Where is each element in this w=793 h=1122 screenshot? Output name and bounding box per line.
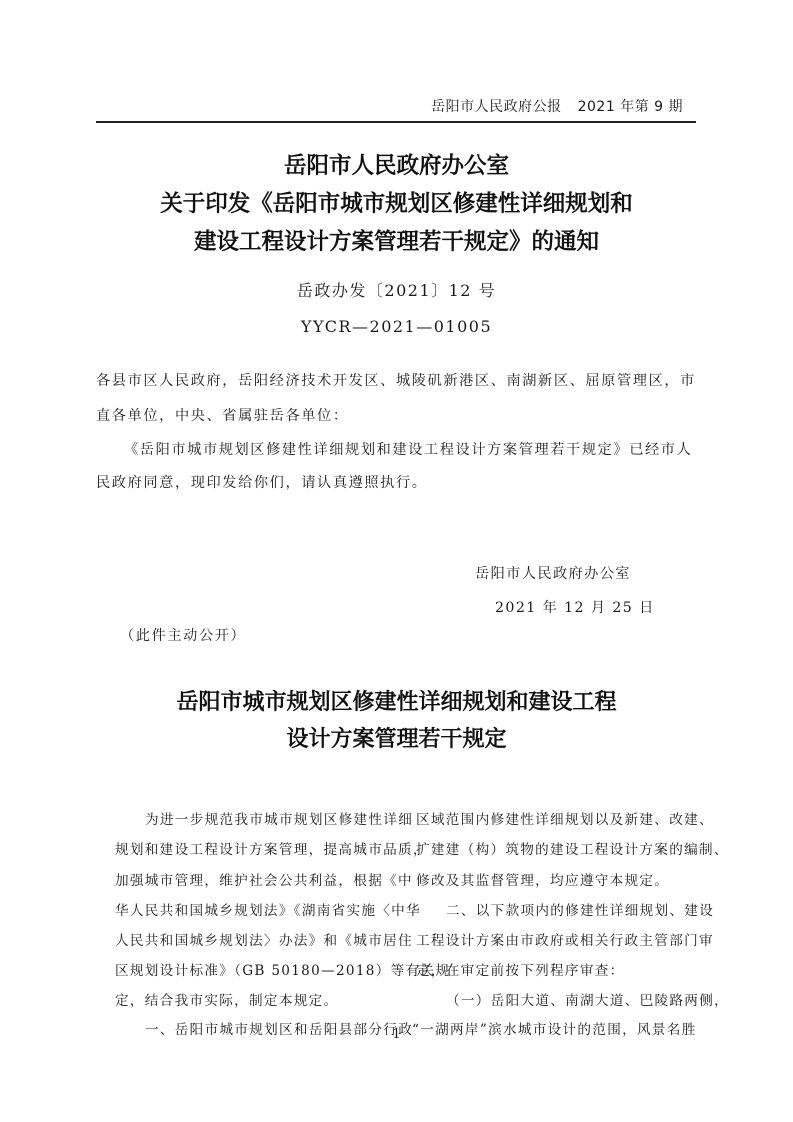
public-disclosure-note: （此件主动公开） xyxy=(120,625,246,645)
issue-number: 2021 年第 9 期 xyxy=(578,99,683,115)
signature-date: 2021 年 12 月 25 日 xyxy=(495,597,655,617)
notice-body-line: 各县市区人民政府，岳阳经济技术开发区、城陵矶新港区、南湖新区、屈原管理区，市 xyxy=(96,370,696,390)
column-line: 为进一步规范我市城市规划区修建性详细 xyxy=(145,808,413,828)
notice-title-line-3: 建设工程设计方案管理若干规定》的通知 xyxy=(0,224,793,256)
rules-title-line-2: 设计方案管理若干规定 xyxy=(0,722,793,753)
signature-organization: 岳阳市人民政府办公室 xyxy=(475,563,631,583)
notice-body-line: 民政府同意，现印发给你们，请认真遵照执行。 xyxy=(96,472,428,492)
publication-name: 岳阳市人民政府公报 xyxy=(431,99,562,115)
column-line: 加强城市管理，维护社会公共利益，根据《中 xyxy=(115,869,413,889)
column-line: 定，在审定前按下列程序审查： xyxy=(416,959,625,979)
column-line: 区域范围内修建性详细规划以及新建、改建、 xyxy=(416,808,714,828)
column-line: 修改及其监督管理，均应遵守本规定。 xyxy=(416,869,669,889)
column-line: 人民共和国城乡规划法〉办法》和《城市居住 xyxy=(115,929,413,949)
column-line: （一）岳阳大道、南湖大道、巴陵路两侧， xyxy=(446,989,729,1009)
running-header: 岳阳市人民政府公报2021 年第 9 期 xyxy=(431,96,683,116)
page-number: 1 xyxy=(0,1027,793,1042)
column-line: 工程设计方案由市政府或相关行政主管部门审 xyxy=(416,929,714,949)
notice-body-line: 《岳阳市城市规划区修建性详细规划和建设工程设计方案管理若干规定》已经市人 xyxy=(124,439,692,459)
column-line: 规划和建设工程设计方案管理，提高城市品质， xyxy=(115,838,428,858)
rules-title-line-1: 岳阳市城市规划区修建性详细规划和建设工程 xyxy=(0,685,793,716)
column-line: 定，结合我市实际，制定本规定。 xyxy=(115,989,338,1009)
notice-body-line: 直各单位，中央、省属驻岳各单位： xyxy=(96,405,349,425)
document-number: 岳政办发〔2021〕12 号 xyxy=(0,278,793,301)
notice-title-line-2: 关于印发《岳阳市城市规划区修建性详细规划和 xyxy=(0,186,793,218)
column-line: 华人民共和国城乡规划法》《湖南省实施〈中华 xyxy=(115,899,421,919)
document-code: YYCR—2021—01005 xyxy=(0,317,793,336)
header-divider xyxy=(96,121,696,123)
column-line: 区规划设计标准》（GB 50180—2018）等有关规 xyxy=(115,959,450,979)
column-line: 扩建建（构）筑物的建设工程设计方案的编制、 xyxy=(416,838,729,858)
notice-title-line-1: 岳阳市人民政府办公室 xyxy=(0,148,793,180)
column-line: 二、以下款项内的修建性详细规划、建设 xyxy=(446,899,714,919)
